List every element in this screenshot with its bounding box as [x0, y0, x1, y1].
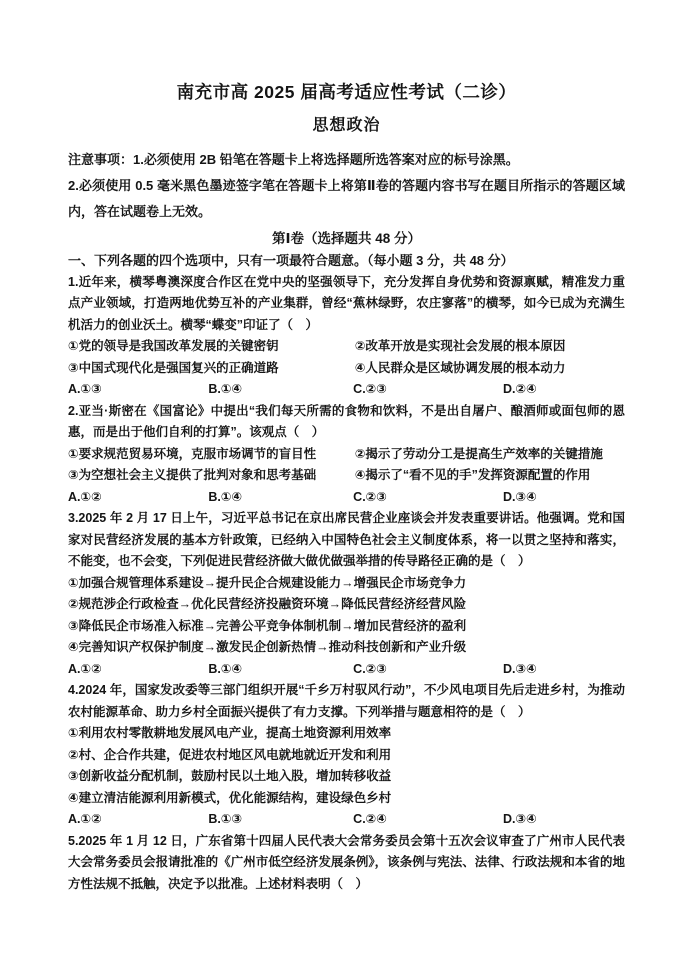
- choice-d: D.③④: [503, 487, 625, 509]
- question-1-stem: 1.近年来，横琴粤澳深度合作区在党中央的坚强领导下，充分发挥自身优势和资源禀赋，…: [68, 272, 625, 337]
- exam-page: 南充市高 2025 届高考适应性考试（二诊） 思想政治 注意事项：1.必须使用 …: [0, 0, 692, 978]
- option-1: ①利用农村零散耕地发展风电产业，提高土地资源利用效率: [68, 723, 625, 745]
- choice-c: C.②④: [353, 809, 503, 831]
- question-3-choices: A.①② B.①④ C.②③ D.③④: [68, 659, 625, 681]
- option-1: ①要求规范贸易环境，克服市场调节的盲目性: [68, 444, 355, 466]
- exam-paper-scan: { "header": { "title": "南充市高 2025 届高考适应性…: [0, 0, 692, 978]
- question-4-choices: A.①② B.①③ C.②④ D.③④: [68, 809, 625, 831]
- exam-subject: 思想政治: [68, 116, 625, 136]
- choice-a: A.①②: [68, 487, 208, 509]
- choice-a: A.①②: [68, 809, 208, 831]
- option-2: ②改革开放是实现社会发展的根本原因: [355, 336, 625, 358]
- question-1: 1.近年来，横琴粤澳深度合作区在党中央的坚强领导下，充分发挥自身优势和资源禀赋，…: [68, 272, 625, 401]
- exam-title: 南充市高 2025 届高考适应性考试（二诊）: [68, 82, 625, 103]
- option-3: ③创新收益分配机制，鼓励村民以土地入股，增加转移收益: [68, 766, 625, 788]
- option-3: ③为空想社会主义提供了批判对象和思考基础: [68, 465, 355, 487]
- choice-b: B.①④: [208, 379, 353, 401]
- notice-line-1: 注意事项：1.必须使用 2B 铅笔在答题卡上将选择题所选答案对应的标号涂黑。: [68, 147, 625, 173]
- question-3: 3.2025 年 2 月 17 日上午，习近平总书记在京出席民营企业座谈会并发表…: [68, 508, 625, 680]
- option-1: ①加强合规管理体系建设→提升民企合规建设能力→增强民企市场竞争力: [68, 573, 625, 595]
- option-2: ②村、企合作共建，促进农村地区风电就地就近开发和利用: [68, 745, 625, 767]
- option-4: ④人民群众是区域协调发展的根本动力: [355, 358, 625, 380]
- choice-d: D.②④: [503, 379, 625, 401]
- question-2: 2.亚当·斯密在《国富论》中提出“我们每天所需的食物和饮料，不是出自屠户、酿酒师…: [68, 401, 625, 509]
- choice-d: D.③④: [503, 809, 625, 831]
- option-2: ②规范涉企行政检查→优化民营经济投融资环境→降低民营经济经营风险: [68, 594, 625, 616]
- choice-b: B.①④: [208, 659, 353, 681]
- choice-c: C.②③: [353, 659, 503, 681]
- question-2-choices: A.①② B.①④ C.②③ D.③④: [68, 487, 625, 509]
- option-4: ④完善知识产权保护制度→激发民企创新热情→推动科技创新和产业升级: [68, 637, 625, 659]
- option-4: ④建立清洁能源利用新模式，优化能源结构，建设绿色乡村: [68, 788, 625, 810]
- question-1-options: ①党的领导是我国改革发展的关键密钥 ②改革开放是实现社会发展的根本原因 ③中国式…: [68, 336, 625, 379]
- question-4-stem: 4.2024 年，国家发改委等三部门组织开展“千乡万村驭风行动”，不少风电项目先…: [68, 680, 625, 723]
- option-2: ②揭示了劳动分工是提高生产效率的关键措施: [355, 444, 625, 466]
- question-3-stem: 3.2025 年 2 月 17 日上午，习近平总书记在京出席民营企业座谈会并发表…: [68, 508, 625, 573]
- section-instruction: 一、下列各题的四个选项中，只有一项最符合题意。（每小题 3 分，共 48 分）: [68, 250, 625, 272]
- choice-a: A.①②: [68, 659, 208, 681]
- option-3: ③中国式现代化是强国复兴的正确道路: [68, 358, 355, 380]
- choice-a: A.①③: [68, 379, 208, 401]
- option-3: ③降低民企市场准入标准→完善公平竞争体制机制→增加民营经济的盈利: [68, 616, 625, 638]
- choice-b: B.①④: [208, 487, 353, 509]
- choice-c: C.②③: [353, 379, 503, 401]
- notice-label: 注意事项：: [68, 152, 133, 167]
- question-5-stem: 5.2025 年 1 月 12 日，广东省第十四届人民代表大会常务委员会第十五次…: [68, 831, 625, 896]
- question-5: 5.2025 年 1 月 12 日，广东省第十四届人民代表大会常务委员会第十五次…: [68, 831, 625, 896]
- question-2-stem: 2.亚当·斯密在《国富论》中提出“我们每天所需的食物和饮料，不是出自屠户、酿酒师…: [68, 401, 625, 444]
- question-2-options: ①要求规范贸易环境，克服市场调节的盲目性 ②揭示了劳动分工是提高生产效率的关键措…: [68, 444, 625, 487]
- notice-line-2: 2.必须使用 0.5 毫米黑色墨迹签字笔在答题卡上将第Ⅱ卷的答题内容书写在题目所…: [68, 173, 625, 225]
- choice-c: C.②③: [353, 487, 503, 509]
- option-1: ①党的领导是我国改革发展的关键密钥: [68, 336, 355, 358]
- choice-b: B.①③: [208, 809, 353, 831]
- question-1-choices: A.①③ B.①④ C.②③ D.②④: [68, 379, 625, 401]
- option-4: ④揭示了“看不见的手”发挥资源配置的作用: [355, 465, 625, 487]
- notice-item-1: 1.必须使用 2B 铅笔在答题卡上将选择题所选答案对应的标号涂黑。: [133, 152, 519, 167]
- section-title: 第Ⅰ卷（选择题共 48 分）: [68, 228, 625, 250]
- choice-d: D.③④: [503, 659, 625, 681]
- question-4: 4.2024 年，国家发改委等三部门组织开展“千乡万村驭风行动”，不少风电项目先…: [68, 680, 625, 831]
